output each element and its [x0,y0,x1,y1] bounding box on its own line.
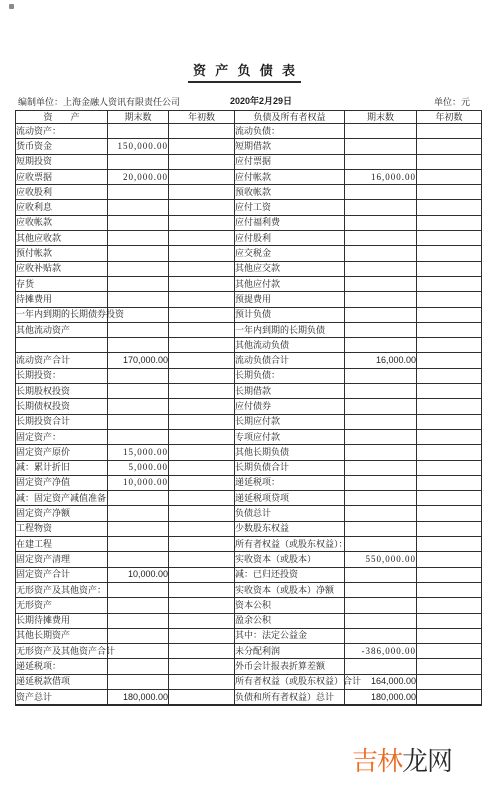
liability-begin-value [417,659,482,674]
asset-begin-value [169,429,235,444]
asset-label [16,338,108,353]
table-row: 固定资产：专项应付款 [16,429,482,444]
asset-end-value [108,261,169,276]
asset-begin-value [169,567,235,582]
asset-label: 应收票据 [16,169,108,184]
asset-begin-value [169,292,235,307]
table-row: 其他流动资产一年内到期的长期负债 [16,322,482,337]
sheet-body: 流动资产：流动负债：货币资金150,000.00短期借款短期投资应付票据应收票据… [16,124,482,706]
table-row: 固定资产清理实收资本（或股本）550,000.00 [16,552,482,567]
asset-begin-value [169,506,235,521]
asset-end-value [108,506,169,521]
asset-end-value [108,154,169,169]
liability-end-value [345,384,417,399]
liability-end-value [345,521,417,536]
asset-label: 无形资产及其他资产： [16,582,108,597]
liability-end-value [345,582,417,597]
table-header-row: 资 产 期末数 年初数 负债及所有者权益 期末数 年初数 [16,111,482,124]
asset-end-value [108,246,169,261]
asset-label: 减：固定资产减值准备 [16,491,108,506]
liability-end-value: -386,000.00 [345,644,417,659]
liability-begin-value [417,353,482,368]
liability-end-value [345,399,417,414]
asset-begin-value [169,322,235,337]
asset-label: 工程物资 [16,521,108,536]
table-row: 其他长期资产其中：法定公益金 [16,628,482,643]
asset-label: 减：累计折旧 [16,460,108,475]
table-row: 短期投资应付票据 [16,154,482,169]
liability-begin-value [417,475,482,490]
liability-end-value [345,307,417,322]
watermark-primary: 吉林 [352,746,402,776]
asset-label: 固定资产： [16,429,108,444]
asset-label: 流动资产： [16,124,108,139]
liability-end-value [345,231,417,246]
asset-label: 长期股权投资 [16,384,108,399]
liability-label: 应付工资 [235,200,345,215]
asset-label: 固定资产清理 [16,552,108,567]
liability-label: 所有者权益（或股东权益）合计 [235,674,345,689]
liability-end-value [345,567,417,582]
liability-end-value [345,368,417,383]
asset-label: 应收股利 [16,185,108,200]
asset-begin-value [169,582,235,597]
liability-begin-value [417,246,482,261]
liability-label: 其他流动负债 [235,338,345,353]
asset-end-value [108,292,169,307]
asset-label: 应收补贴款 [16,261,108,276]
asset-end-value [108,644,169,659]
liability-begin-value [417,644,482,659]
liability-label: 少数股东权益 [235,521,345,536]
liability-end-value [345,139,417,154]
liability-label: 流动负债合计 [235,353,345,368]
liability-end-value [345,246,417,261]
header-asset: 资 产 [16,111,108,124]
liability-end-value [345,338,417,353]
asset-label: 流动资产合计 [16,353,108,368]
liability-end-value [345,215,417,230]
liability-begin-value [417,429,482,444]
liability-label: 长期应付款 [235,414,345,429]
liability-begin-value [417,338,482,353]
liability-label: 应付帐款 [235,169,345,184]
asset-end-value [108,200,169,215]
asset-begin-value [169,261,235,276]
liability-end-value [345,154,417,169]
liability-label: 预收帐款 [235,185,345,200]
asset-label: 应收利息 [16,200,108,215]
asset-label: 预付帐款 [16,246,108,261]
asset-end-value: 10,000.00 [108,475,169,490]
asset-end-value [108,338,169,353]
liability-begin-value [417,537,482,552]
asset-end-value [108,628,169,643]
asset-end-value [108,598,169,613]
asset-end-value: 15,000.00 [108,445,169,460]
liability-begin-value [417,307,482,322]
liability-label: 实收资本（或股本） [235,552,345,567]
liability-begin-value [417,460,482,475]
watermark-secondary: 龙网 [402,746,452,776]
liability-begin-value [417,154,482,169]
liability-end-value [345,429,417,444]
asset-begin-value [169,399,235,414]
asset-label: 长期债权投资 [16,399,108,414]
liability-end-value [345,200,417,215]
liability-begin-value [417,215,482,230]
table-row: 长期投资：长期负债： [16,368,482,383]
asset-end-value [108,613,169,628]
liability-end-value [345,124,417,139]
asset-begin-value [169,521,235,536]
asset-label: 一年内到期的长期债券投资 [16,307,108,322]
asset-label: 长期投资合计 [16,414,108,429]
asset-begin-value [169,200,235,215]
liability-end-value [345,276,417,291]
asset-end-value: 170,000.00 [108,353,169,368]
asset-begin-value [169,537,235,552]
liability-begin-value [417,582,482,597]
liability-label: 专项应付款 [235,429,345,444]
asset-begin-value [169,674,235,689]
asset-begin-value [169,276,235,291]
asset-label: 存货 [16,276,108,291]
table-row: 长期股权投资长期借款 [16,384,482,399]
asset-end-value [108,399,169,414]
table-row: 递延税项：外币会计报表折算差额 [16,659,482,674]
liability-label: 外币会计报表折算差额 [235,659,345,674]
unit-label: 单位：元 [434,95,470,108]
asset-begin-value [169,644,235,659]
liability-label: 其他应付款 [235,276,345,291]
asset-label: 资产总计 [16,689,108,705]
page-title: 资 产 负 债 表 [188,60,301,83]
asset-end-value [108,674,169,689]
header-asset-begin: 年初数 [169,111,235,124]
asset-begin-value [169,613,235,628]
page-title-wrap: 资 产 负 债 表 [0,60,489,83]
asset-begin-value [169,246,235,261]
asset-begin-value [169,598,235,613]
liability-begin-value [417,445,482,460]
asset-end-value [108,322,169,337]
liability-begin-value [417,598,482,613]
asset-end-value: 150,000.00 [108,139,169,154]
liability-label: 所有者权益（或股东权益）： [235,537,345,552]
table-row: 无形资产及其他资产合计未分配利润-386,000.00 [16,644,482,659]
table-row: 无形资产及其他资产：实收资本（或股本）净额 [16,582,482,597]
asset-begin-value [169,353,235,368]
liability-end-value [345,628,417,643]
asset-begin-value [169,552,235,567]
asset-end-value [108,537,169,552]
report-date: 2020年2月29日 [230,94,292,107]
prepared-by-label: 编制单位：上海金融人资讯有限责任公司 [18,95,180,108]
asset-begin-value [169,414,235,429]
table-row: 递延税款借项所有者权益（或股东权益）合计164,000.00 [16,674,482,689]
asset-begin-value [169,124,235,139]
liability-begin-value [417,185,482,200]
asset-begin-value [169,231,235,246]
liability-end-value [345,475,417,490]
asset-end-value [108,124,169,139]
liability-begin-value [417,399,482,414]
liability-label: 其中：法定公益金 [235,628,345,643]
liability-begin-value [417,368,482,383]
asset-begin-value [169,460,235,475]
table-row: 流动资产：流动负债： [16,124,482,139]
asset-end-value [108,552,169,567]
table-row: 工程物资少数股东权益 [16,521,482,536]
asset-begin-value [169,368,235,383]
liability-end-value [345,322,417,337]
liability-end-value [345,506,417,521]
liability-label: 应付股利 [235,231,345,246]
table-row: 预付帐款应交税金 [16,246,482,261]
table-row: 无形资产资本公积 [16,598,482,613]
liability-begin-value [417,124,482,139]
liability-begin-value [417,628,482,643]
table-row: 减：累计折旧5,000.00长期负债合计 [16,460,482,475]
liability-begin-value [417,567,482,582]
liability-end-value: 16,000.00 [345,353,417,368]
liability-end-value: 180,000.00 [345,689,417,705]
liability-begin-value [417,689,482,705]
asset-end-value: 180,000.00 [108,689,169,705]
liability-label: 资本公积 [235,598,345,613]
table-row: 应收补贴款其他应交款 [16,261,482,276]
asset-begin-value [169,689,235,705]
asset-begin-value [169,154,235,169]
liability-end-value [345,598,417,613]
liability-label: 其他长期负债 [235,445,345,460]
liability-end-value [345,414,417,429]
table-row: 长期待摊费用盈余公积 [16,613,482,628]
watermark: 吉林龙网 [352,747,452,776]
asset-label: 待摊费用 [16,292,108,307]
asset-end-value: 20,000.00 [108,169,169,184]
liability-begin-value [417,674,482,689]
header-liability-begin: 年初数 [417,111,482,124]
liability-begin-value [417,322,482,337]
asset-begin-value [169,628,235,643]
asset-label: 货币资金 [16,139,108,154]
liability-label: 盈余公积 [235,613,345,628]
balance-sheet-table: 资 产 期末数 年初数 负债及所有者权益 期末数 年初数 流动资产：流动负债：货… [15,110,482,706]
asset-begin-value [169,185,235,200]
liability-label: 未分配利润 [235,644,345,659]
liability-end-value [345,460,417,475]
asset-label: 无形资产 [16,598,108,613]
table-row: 在建工程所有者权益（或股东权益）： [16,537,482,552]
liability-begin-value [417,276,482,291]
asset-begin-value [169,338,235,353]
liability-label: 流动负债： [235,124,345,139]
table-row: 流动资产合计170,000.00流动负债合计16,000.00 [16,353,482,368]
asset-begin-value [169,659,235,674]
asset-begin-value [169,215,235,230]
liability-end-value [345,292,417,307]
liability-end-value [345,185,417,200]
asset-end-value: 10,000.00 [108,567,169,582]
liability-label: 应付福利费 [235,215,345,230]
liability-end-value: 550,000.00 [345,552,417,567]
asset-end-value: 5,000.00 [108,460,169,475]
asset-begin-value [169,491,235,506]
asset-end-value [108,276,169,291]
table-row: 固定资产合计10,000.00减：已归还投资 [16,567,482,582]
table-row: 减：固定资产减值准备递延税项贷项 [16,491,482,506]
table-row: 固定资产净额负债总计 [16,506,482,521]
asset-end-value [108,659,169,674]
liability-label: 应付债券 [235,399,345,414]
liability-begin-value [417,414,482,429]
asset-label: 在建工程 [16,537,108,552]
table-row: 固定资产原价15,000.00其他长期负债 [16,445,482,460]
table-row: 固定资产净值10,000.00递延税项： [16,475,482,490]
liability-end-value [345,659,417,674]
liability-label: 长期负债： [235,368,345,383]
liability-label: 短期借款 [235,139,345,154]
asset-end-value [108,215,169,230]
liability-begin-value [417,521,482,536]
liability-label: 预计负债 [235,307,345,322]
asset-end-value [108,429,169,444]
liability-begin-value [417,552,482,567]
liability-end-value [345,261,417,276]
table-row: 应收股利预收帐款 [16,185,482,200]
table-row: 其他应收款应付股利 [16,231,482,246]
asset-begin-value [169,384,235,399]
asset-label: 应收帐款 [16,215,108,230]
table-row: 待摊费用预提费用 [16,292,482,307]
meta-row: 编制单位：上海金融人资讯有限责任公司 2020年2月29日 单位：元 [0,95,489,108]
asset-label: 递延税款借项 [16,674,108,689]
asset-label: 固定资产合计 [16,567,108,582]
header-liability: 负债及所有者权益 [235,111,345,124]
liability-begin-value [417,231,482,246]
table-row: 应收票据20,000.00应付帐款16,000.00 [16,169,482,184]
asset-label: 递延税项： [16,659,108,674]
liability-label: 长期借款 [235,384,345,399]
liability-end-value [345,445,417,460]
table-row: 存货其他应付款 [16,276,482,291]
liability-begin-value [417,384,482,399]
liability-label: 负债和所有者权益）总计 [235,689,345,705]
liability-label: 递延税项： [235,475,345,490]
table-row: 其他流动负债 [16,338,482,353]
liability-end-value [345,491,417,506]
asset-begin-value [169,445,235,460]
asset-label: 长期投资： [16,368,108,383]
header-asset-end: 期末数 [108,111,169,124]
liability-end-value [345,537,417,552]
liability-label: 应付票据 [235,154,345,169]
liability-label: 递延税项贷项 [235,491,345,506]
table-row: 资产总计180,000.00负债和所有者权益）总计180,000.00 [16,689,482,705]
table-row: 长期债权投资应付债券 [16,399,482,414]
liability-label: 预提费用 [235,292,345,307]
table-row: 一年内到期的长期债券投资预计负债 [16,307,482,322]
liability-begin-value [417,200,482,215]
asset-begin-value [169,475,235,490]
asset-end-value [108,414,169,429]
liability-end-value [345,613,417,628]
asset-label: 其他流动资产 [16,322,108,337]
asset-end-value [108,384,169,399]
asset-label: 短期投资 [16,154,108,169]
asset-begin-value [169,169,235,184]
liability-label: 应交税金 [235,246,345,261]
liability-begin-value [417,506,482,521]
asset-label: 长期待摊费用 [16,613,108,628]
liability-label: 其他应交款 [235,261,345,276]
table-row: 货币资金150,000.00短期借款 [16,139,482,154]
asset-end-value [108,231,169,246]
liability-label: 负债总计 [235,506,345,521]
table-row: 应收帐款应付福利费 [16,215,482,230]
asset-end-value [108,491,169,506]
liability-begin-value [417,139,482,154]
asset-end-value [108,521,169,536]
scan-artifact-dot [9,4,14,9]
asset-end-value [108,185,169,200]
liability-begin-value [417,169,482,184]
liability-begin-value [417,292,482,307]
asset-end-value [108,582,169,597]
liability-label: 一年内到期的长期负债 [235,322,345,337]
liability-label: 实收资本（或股本）净额 [235,582,345,597]
asset-begin-value [169,307,235,322]
asset-label: 其他长期资产 [16,628,108,643]
asset-label: 其他应收款 [16,231,108,246]
header-liability-end: 期末数 [345,111,417,124]
liability-end-value: 16,000.00 [345,169,417,184]
asset-end-value [108,368,169,383]
liability-label: 长期负债合计 [235,460,345,475]
asset-label: 固定资产净值 [16,475,108,490]
table-row: 应收利息应付工资 [16,200,482,215]
liability-begin-value [417,613,482,628]
asset-label: 无形资产及其他资产合计 [16,644,108,659]
asset-label: 固定资产原价 [16,445,108,460]
liability-begin-value [417,261,482,276]
asset-begin-value [169,139,235,154]
liability-begin-value [417,491,482,506]
liability-label: 减：已归还投资 [235,567,345,582]
asset-label: 固定资产净额 [16,506,108,521]
table-row: 长期投资合计长期应付款 [16,414,482,429]
